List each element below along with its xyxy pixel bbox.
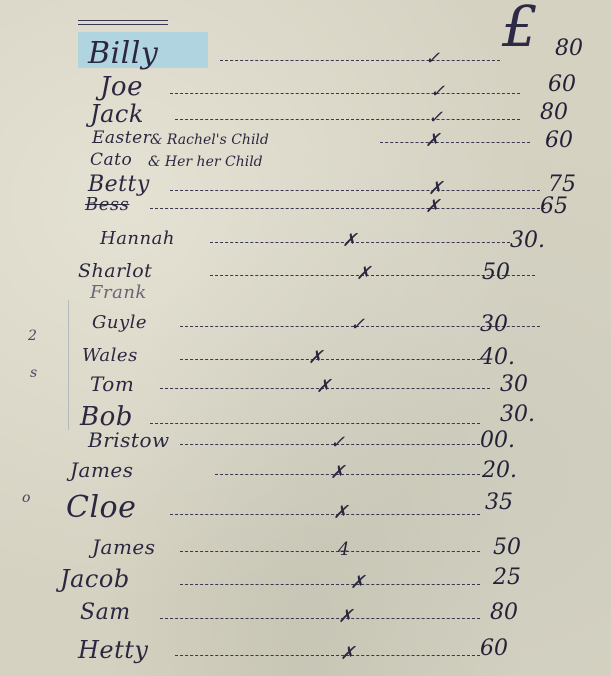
entry-name: Easter bbox=[92, 128, 151, 148]
check-mark-icon: ✓ bbox=[430, 81, 445, 102]
leader-line bbox=[160, 618, 480, 619]
ledger-entry: Bess✗65 bbox=[0, 194, 611, 222]
cross-mark-icon: ✗ bbox=[333, 502, 348, 523]
entry-value: 30 bbox=[480, 312, 508, 337]
ledger-entry: Bristow✓00. bbox=[0, 428, 611, 456]
entry-name: Tom bbox=[90, 372, 134, 396]
ledger-page: £ 2 s o Billy✓80Joe✓60Jack✓80Easter& Rac… bbox=[0, 0, 611, 676]
cross-mark-icon: ✗ bbox=[316, 376, 331, 397]
leader-line bbox=[180, 359, 480, 360]
ledger-entry: Sam✗80 bbox=[0, 600, 611, 628]
cross-mark-icon: ✗ bbox=[425, 196, 440, 217]
entry-value: 30 bbox=[500, 372, 528, 397]
entry-value: 80 bbox=[540, 100, 568, 125]
cross-mark-icon: 4 bbox=[338, 539, 349, 560]
entry-value: 80 bbox=[490, 600, 518, 625]
entry-value: 35 bbox=[485, 490, 513, 515]
entry-note: & Rachel's Child bbox=[150, 132, 269, 148]
entry-value: 60 bbox=[548, 72, 576, 97]
header-rule bbox=[78, 20, 168, 25]
cross-mark-icon: ✗ bbox=[338, 606, 353, 627]
entry-value: 25 bbox=[493, 565, 521, 590]
leader-line bbox=[180, 584, 480, 585]
entry-name: Sam bbox=[80, 600, 131, 625]
entry-name: James bbox=[70, 458, 134, 482]
entry-value: 80 bbox=[555, 36, 583, 61]
ledger-entry: Frank bbox=[0, 282, 611, 310]
leader-line bbox=[220, 60, 500, 61]
entry-value: 30. bbox=[500, 402, 535, 427]
entry-name: Joe bbox=[100, 72, 143, 102]
entry-value: 65 bbox=[540, 194, 568, 219]
check-mark-icon: ✓ bbox=[350, 314, 365, 335]
entry-name: Jacob bbox=[60, 565, 130, 593]
leader-line bbox=[150, 208, 545, 209]
leader-line bbox=[170, 93, 520, 94]
cross-mark-icon: ✗ bbox=[330, 462, 345, 483]
ledger-entry: Tom✗30 bbox=[0, 372, 611, 400]
ledger-entry: James450 bbox=[0, 535, 611, 563]
check-mark-icon: ✓ bbox=[428, 107, 443, 128]
leader-line bbox=[215, 474, 480, 475]
ledger-entry: Hannah✗30. bbox=[0, 228, 611, 256]
entry-name: Frank bbox=[90, 282, 147, 303]
entry-value: 40. bbox=[480, 345, 515, 370]
entry-name: Billy bbox=[88, 36, 158, 71]
check-mark-icon: ✓ bbox=[330, 432, 345, 453]
ledger-entry: Jacob✗25 bbox=[0, 565, 611, 593]
entry-name: James bbox=[92, 535, 156, 559]
entry-name: Cloe bbox=[66, 490, 136, 525]
ledger-entry: Guyle✓30 bbox=[0, 312, 611, 340]
leader-line bbox=[380, 142, 530, 143]
entry-name: Guyle bbox=[92, 312, 147, 333]
entry-name: Jack bbox=[90, 100, 144, 128]
ledger-entry: James✗20. bbox=[0, 458, 611, 486]
entry-name: Hetty bbox=[78, 636, 148, 664]
entry-value: 20. bbox=[482, 458, 517, 483]
entry-name: Bristow bbox=[88, 428, 170, 452]
entry-value: 30. bbox=[510, 228, 545, 253]
ledger-entry: Joe✓60 bbox=[0, 72, 611, 100]
entry-note: & Her her Child bbox=[148, 154, 263, 170]
leader-line bbox=[170, 190, 540, 191]
entry-name: Bess bbox=[85, 194, 129, 215]
ledger-entry: Jack✓80 bbox=[0, 100, 611, 128]
leader-line bbox=[170, 514, 480, 515]
check-mark-icon: ✓ bbox=[425, 48, 440, 69]
leader-line bbox=[175, 655, 480, 656]
entry-value: 60 bbox=[480, 636, 508, 661]
leader-line bbox=[150, 423, 480, 424]
cross-mark-icon: ✗ bbox=[308, 347, 323, 368]
ledger-entry: Cloe✗35 bbox=[0, 490, 611, 518]
leader-line bbox=[175, 119, 520, 120]
leader-line bbox=[180, 551, 480, 552]
ledger-entry: Bob30. bbox=[0, 402, 611, 430]
ledger-entry: Wales✗40. bbox=[0, 345, 611, 373]
ledger-entry: Billy✓80 bbox=[0, 36, 611, 64]
ledger-entry: Hetty✗60 bbox=[0, 636, 611, 664]
cross-mark-icon: ✗ bbox=[342, 230, 357, 251]
entry-name: Hannah bbox=[100, 228, 175, 249]
cross-mark-icon: ✗ bbox=[340, 643, 355, 664]
cross-mark-icon: ✗ bbox=[350, 572, 365, 593]
entry-name: Wales bbox=[82, 345, 138, 366]
entry-value: 00. bbox=[480, 428, 515, 453]
leader-line bbox=[210, 242, 510, 243]
cross-mark-icon: ✗ bbox=[425, 130, 440, 151]
entry-name: Cato bbox=[90, 150, 132, 170]
entry-name: Sharlot bbox=[78, 260, 152, 282]
entry-value: 50 bbox=[493, 535, 521, 560]
